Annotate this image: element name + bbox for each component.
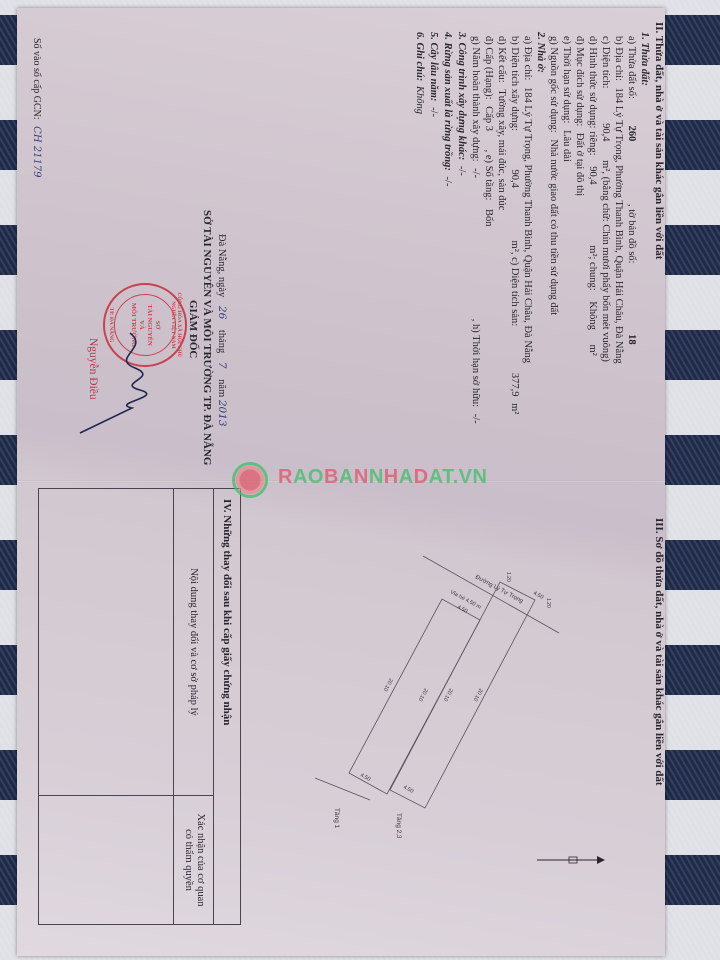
watermark-letters: H [384, 466, 399, 488]
completion-year-value: -/- [470, 168, 481, 178]
perennial-value: -/- [428, 107, 439, 117]
common-area-value: Không [587, 301, 598, 330]
land-purpose-label: đ) Mục đích sử dụng: [574, 36, 585, 126]
parcel-number-label: a) Thửa đất số: [626, 36, 637, 99]
house-completion-row: g) Năm hoàn thành xây dựng: -/- , h) Thờ… [469, 36, 482, 424]
land-address-label: b) Địa chỉ: [613, 36, 624, 81]
house-structure-row: d) Kết cấu: Tường xây, mái đúc, sàn đúc [495, 36, 508, 210]
changes-table-header: Nội dung thay đổi và cơ sở pháp lý Xác n… [173, 489, 214, 924]
land-origin-row: g) Nguồn gốc sử dụng: Nhà nước giao đất … [547, 36, 560, 315]
registry-label: Số vào sổ cấp GCN: [31, 38, 42, 120]
floor-234-label: Tầng 2,3,4 [395, 813, 404, 838]
notes-label: 6. Ghi chú: [414, 32, 425, 81]
registry-value: CH 21179 [31, 126, 42, 177]
month-label: tháng [216, 330, 227, 353]
watermark-letters: R [278, 466, 293, 488]
changes-table-divider [39, 795, 174, 796]
signer-name: Nguyễn Điều [86, 338, 99, 400]
registry-number-row: Số vào sổ cấp GCN: CH 21179 [30, 38, 43, 178]
land-origin-value: Nhà nước giao đất có thu tiền sử dụng đấ… [548, 139, 559, 315]
land-area-row: c) Diện tích: 90,4 m², (bằng chữ: Chín m… [599, 36, 612, 362]
other-construction-row: 3. Công trình xây dựng khác: -/- [455, 32, 468, 176]
land-purpose-row: đ) Mục đích sử dụng: Đất ở tại đô thị [573, 36, 586, 196]
forest-row: 4. Rừng sản xuất là rừng trồng: -/- [441, 32, 454, 186]
dim-length-b: 20.10 [382, 677, 394, 692]
forest-label: 4. Rừng sản xuất là rừng trồng: [442, 32, 453, 171]
street-label: Đường Lý Tự Trọng [474, 574, 524, 604]
land-term-label: e) Thời hạn sử dụng: [561, 36, 572, 123]
land-address-row: b) Địa chỉ: 184 Lý Tự Trọng, Phường Than… [612, 36, 625, 364]
signature-scribble [70, 328, 160, 438]
other-construction-value: -/- [456, 166, 467, 176]
section-ii-title: II. Thửa đất, nhà ở và tài sản khác gắn … [652, 22, 665, 259]
map-sheet-value: 18 [626, 334, 637, 345]
floors-value: Bốn [483, 209, 494, 227]
changes-table: IV. Những thay đổi sau khi cấp giấy chứn… [38, 488, 241, 925]
issuing-agency: SỞ TÀI NGUYÊN VÀ MÔI TRƯỜNG TP. ĐÀ NẴNG [200, 210, 213, 465]
notes-row: 6. Ghi chú: Không [413, 32, 426, 114]
parcel-number-value: 260 [626, 126, 637, 142]
dim-overhang: 1.20 [545, 598, 551, 608]
land-area-words: m², (bằng chữ: Chín mươi phẩy bốn mét vu… [600, 160, 611, 362]
dim-front: 4.50 [456, 604, 468, 614]
dim-rear: 4.50 [359, 772, 371, 782]
perennial-row: 5. Cây lâu năm: -/- [427, 32, 440, 117]
watermark-letters: D [414, 466, 429, 488]
grade-label: đ) Cấp (Hạng): [483, 36, 494, 100]
watermark: RAOBANNHADAT.VN [232, 462, 502, 502]
year-label: năm [216, 379, 227, 397]
floor-area-unit: m² [509, 403, 520, 414]
ownership-term-value: -/- [470, 414, 481, 424]
forest-value: -/- [442, 177, 453, 187]
structure-label: d) Kết cấu: [496, 36, 507, 83]
dim-length: 20.10 [417, 687, 429, 702]
land-heading: 1. Thửa đất: [638, 32, 651, 86]
use-form-label: d) Hình thức sử dụng: riêng: [587, 36, 598, 156]
floors-label: , e) Số tầng: [483, 150, 494, 201]
watermark-letters: B [324, 466, 339, 488]
house-build-area-row: b) Diện tích xây dựng: 90,4 m², c) Diện … [508, 36, 521, 414]
land-area-label: c) Diện tích: [600, 36, 611, 88]
completion-year-label: g) Năm hoàn thành xây dựng: [470, 36, 481, 162]
issue-place-label: Đà Nẵng, ngày [216, 234, 227, 297]
house-address-row: a) Địa chỉ: 184 Lý Tự Trọng, Phường Than… [521, 36, 534, 363]
land-purpose-value: Đất ở tại đô thị [574, 133, 585, 196]
land-address-value: 184 Lý Tự Trọng, Phường Thanh Bình, Quận… [613, 88, 624, 364]
watermark-letters: A [339, 466, 354, 488]
issue-month: 7 [216, 362, 228, 369]
private-area-value: 90,4 [587, 166, 598, 184]
watermark-letters: AT.VN [429, 466, 488, 488]
build-area-value: 90,4 [509, 170, 520, 188]
dim-overhang-b: 1.20 [505, 572, 511, 582]
floor-1-label: Tầng 1 [333, 808, 342, 829]
house-address-label: a) Địa chỉ: [522, 36, 533, 80]
issue-day: 26 [216, 306, 228, 319]
structure-value: Tường xây, mái đúc, sàn đúc [496, 89, 507, 210]
perennial-label: 5. Cây lâu năm: [428, 32, 439, 101]
land-term-value: Lâu dài [561, 130, 572, 162]
land-use-form-row: d) Hình thức sử dụng: riêng: 90,4 m²; ch… [586, 36, 599, 356]
issue-date: Đà Nẵng, ngày 26 tháng 7 năm 2013 [215, 234, 228, 427]
section-iv-title: IV. Những thay đổi sau khi cấp giấy chứn… [213, 489, 240, 924]
common-area-label: m²; chung: [587, 245, 598, 290]
watermark-text: RAOBANNHADAT.VN [278, 466, 487, 489]
section-iii-title: III. Sơ đồ thửa đất, nhà ở và tài sản kh… [652, 518, 665, 786]
stamp-ring-top: CỘNG HÒA XÃ HỘI CHỦ NGHĨA VIỆT NAM [170, 285, 182, 365]
grade-value: Cấp 3 [483, 106, 494, 131]
build-area-label: b) Diện tích xây dựng: [509, 36, 520, 131]
common-area-unit: m² [587, 344, 598, 355]
watermark-logo-icon [232, 462, 268, 498]
house-grade-row: đ) Cấp (Hạng): Cấp 3 , e) Số tầng: Bốn [482, 36, 495, 227]
land-term-row: e) Thời hạn sử dụng: Lâu dài [560, 36, 573, 162]
watermark-letters: N [354, 466, 369, 488]
land-origin-label: g) Nguồn gốc sử dụng: [548, 36, 559, 133]
watermark-letters: AO [293, 466, 324, 488]
map-sheet-label: , tờ bản đồ số: [626, 204, 637, 264]
north-arrow-icon [535, 850, 605, 870]
parcel-diagram: Đường Lý Tự Trọng Vỉa hè 4.50 m 20.10 20… [275, 538, 575, 838]
dim-upper-length: 20.10 [472, 687, 484, 702]
house-heading: 2. Nhà ở: [534, 32, 547, 73]
notes-value: Không [414, 86, 425, 114]
col-authority-confirmation: Xác nhận của cơ quan có thẩm quyền [174, 796, 214, 924]
other-construction-label: 3. Công trình xây dựng khác: [456, 32, 467, 160]
issue-year: 2013 [216, 400, 228, 427]
floor-area-value: 377,9 [509, 373, 520, 397]
floor-area-label: m², c) Diện tích sàn: [509, 241, 520, 327]
parcel-diagram-svg: Đường Lý Tự Trọng Vỉa hè 4.50 m 20.10 20… [275, 538, 575, 838]
signer-position: GIÁM ĐỐC [186, 300, 199, 358]
land-parcel-number-row: a) Thửa đất số: 260 , tờ bản đồ số: 18 [625, 36, 638, 345]
col2-line2: có thẩm quyền [182, 813, 194, 906]
ownership-term-label: , h) Thời hạn sở hữu: [470, 319, 481, 407]
watermark-letters: N [369, 466, 384, 488]
col2-line1: Xác nhận của cơ quan [194, 813, 206, 906]
col-change-content: Nội dung thay đổi và cơ sở pháp lý [174, 489, 214, 796]
house-address-value: 184 Lý Tự Trọng, Phường Thanh Bình, Quận… [522, 87, 533, 363]
land-area-value: 90,4 [600, 123, 611, 141]
watermark-letters: A [399, 466, 414, 488]
dim-upper-side: 4.50 [402, 784, 414, 794]
